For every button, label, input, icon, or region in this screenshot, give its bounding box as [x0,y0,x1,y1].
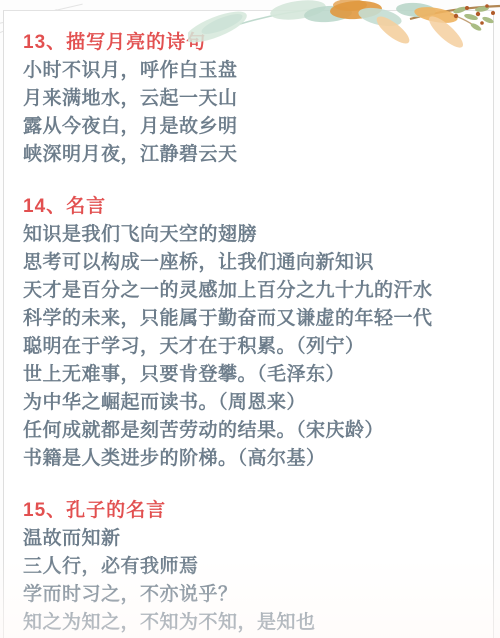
content-card: 13、描写月亮的诗句小时不识月，呼作白玉盘月来满地水，云起一天山露从今夜白，月是… [3,10,494,638]
text-line: 学而时习之，不亦说乎？ [23,581,475,609]
text-line: 知之为知之，不知为不知，是知也 [23,609,475,637]
section-title: 15、孔子的名言 [23,497,475,525]
section-title: 14、名言 [23,193,475,221]
text-line: 书籍是人类进步的阶梯。（高尔基） [23,445,475,473]
text-line: 峡深明月夜，江静碧云天 [23,141,475,169]
text-line: 月来满地水，云起一天山 [23,85,475,113]
text-line: 温故而知新 [23,525,475,553]
text-line: 天才是百分之一的灵感加上百分之九十九的汗水 [23,277,475,305]
text-line: 思考可以构成一座桥，让我们通向新知识 [23,249,475,277]
text-line: 知识是我们飞向天空的翅膀 [23,221,475,249]
text-line: 小时不识月，呼作白玉盘 [23,57,475,85]
section-13: 13、描写月亮的诗句小时不识月，呼作白玉盘月来满地水，云起一天山露从今夜白，月是… [23,29,475,169]
text-line: 三人行，必有我师焉 [23,553,475,581]
section-14: 14、名言知识是我们飞向天空的翅膀思考可以构成一座桥，让我们通向新知识天才是百分… [23,193,475,473]
notes-page: 13、描写月亮的诗句小时不识月，呼作白玉盘月来满地水，云起一天山露从今夜白，月是… [0,0,500,638]
text-line: 露从今夜白，月是故乡明 [23,113,475,141]
text-line: 任何成就都是刻苦劳动的结果。（宋庆龄） [23,417,475,445]
text-line: 为中华之崛起而读书。（周恩来） [23,389,475,417]
watercolor-foliage-icon [188,0,500,50]
text-line: 科学的未来，只能属于勤奋而又谦虚的年轻一代 [23,305,475,333]
text-line: 世上无难事，只要肯登攀。（毛泽东） [23,361,475,389]
text-line: 聪明在于学习，天才在于积累。（列宁） [23,333,475,361]
sections-container: 13、描写月亮的诗句小时不识月，呼作白玉盘月来满地水，云起一天山露从今夜白，月是… [23,29,475,637]
section-15: 15、孔子的名言温故而知新三人行，必有我师焉学而时习之，不亦说乎？知之为知之，不… [23,497,475,637]
